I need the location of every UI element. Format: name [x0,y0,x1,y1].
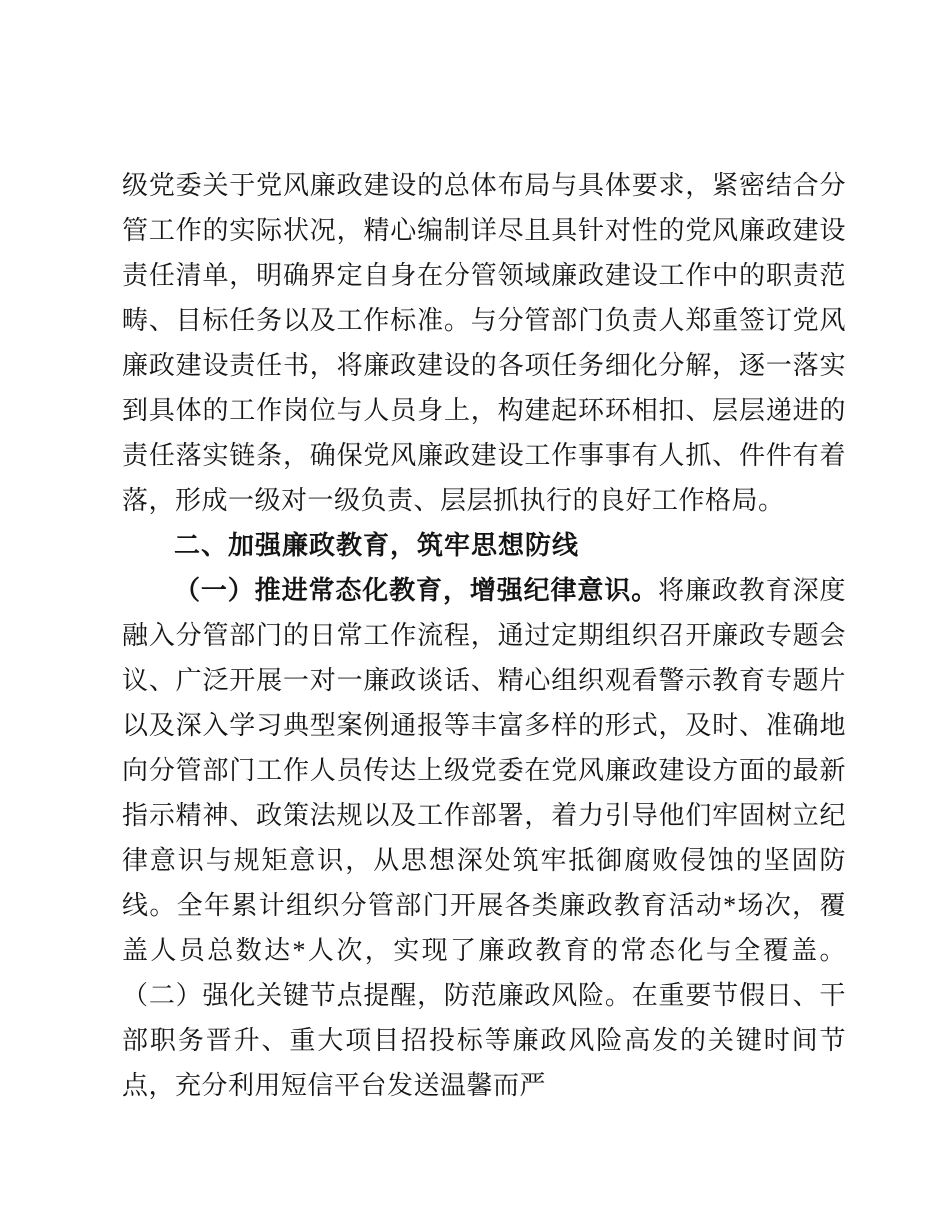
subsection-lead-bold: （一）推进常态化教育，增强纪律意识。 [174,576,658,605]
section-heading: 二、加强廉政教育，筑牢思想防线 [122,523,846,568]
paragraph-continuation: 级党委关于党风廉政建设的总体布局与具体要求，紧密结合分管工作的实际状况，精心编制… [122,163,846,523]
document-page: 级党委关于党风廉政建设的总体布局与具体要求，紧密结合分管工作的实际状况，精心编制… [0,0,950,1230]
document-body: 级党委关于党风廉政建设的总体布局与具体要求，紧密结合分管工作的实际状况，精心编制… [122,163,846,1108]
subsection-paragraph: （一）推进常态化教育，增强纪律意识。将廉政教育深度融入分管部门的日常工作流程，通… [122,568,846,1108]
subsection-body-text: 将廉政教育深度融入分管部门的日常工作流程，通过定期组织召开廉政专题会议、广泛开展… [122,576,846,1100]
